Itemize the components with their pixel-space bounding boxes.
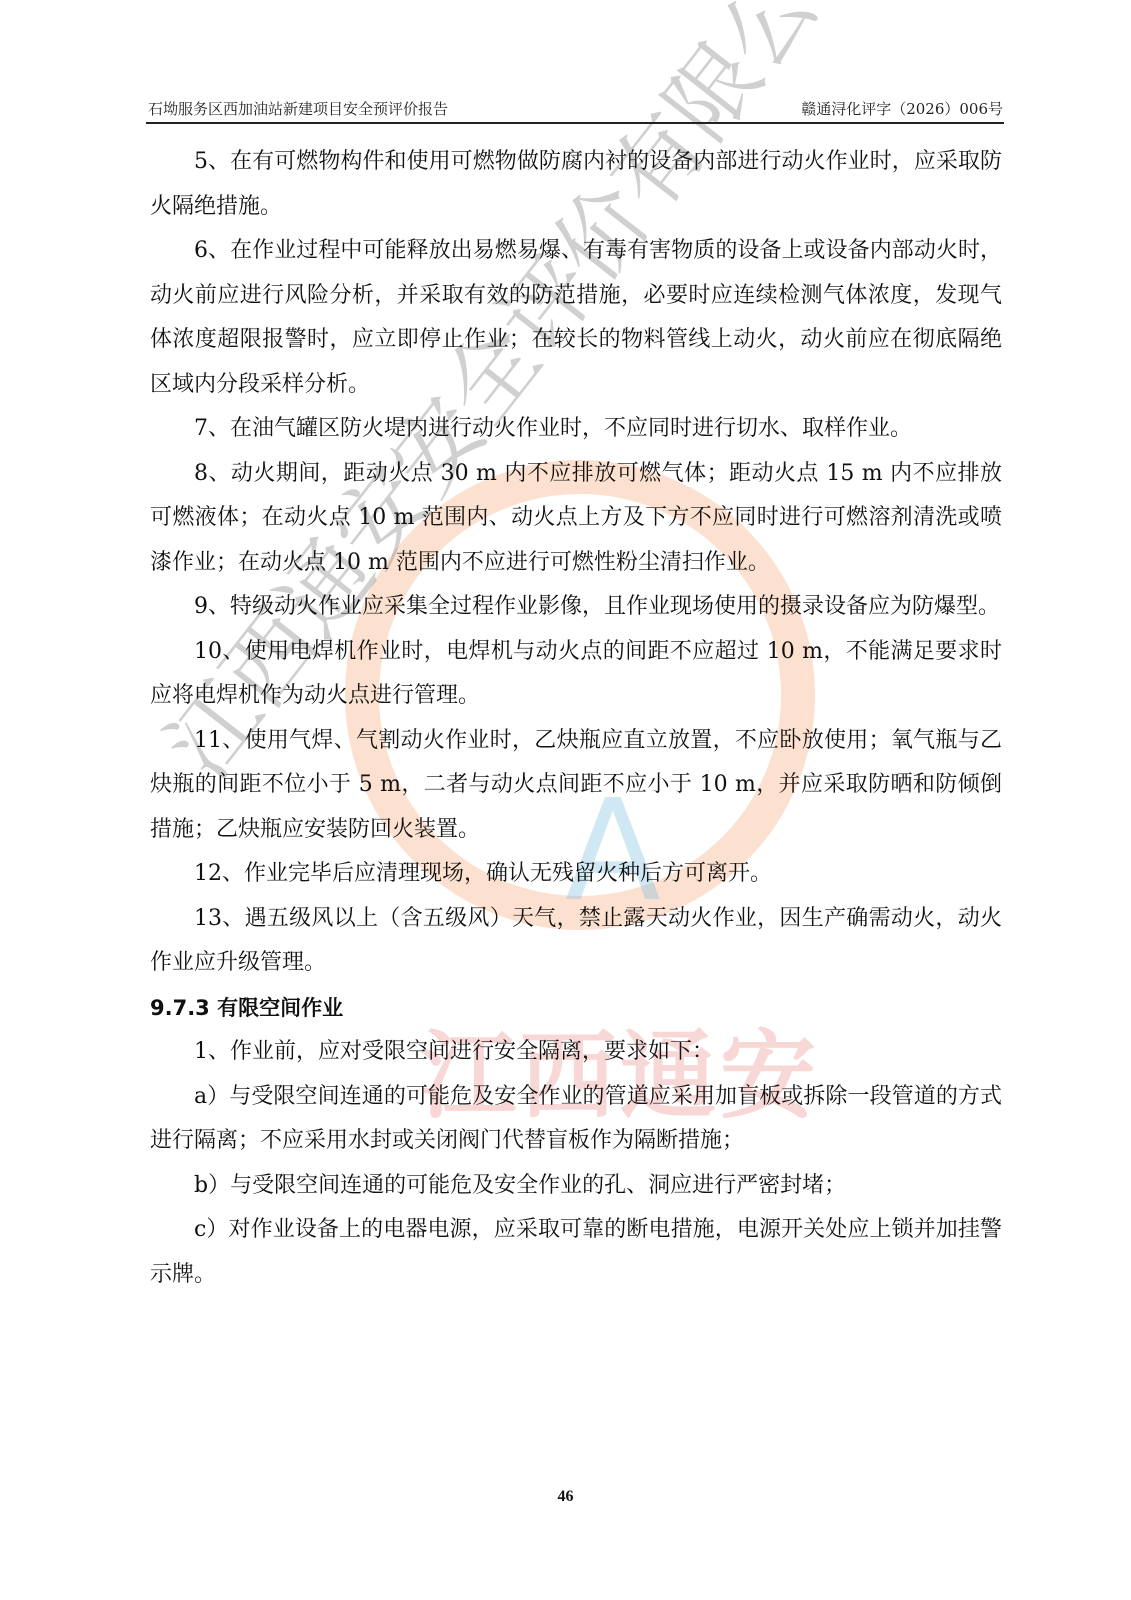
paragraph-item-10: 10、使用电焊机作业时，电焊机与动火点的间距不应超过 10 m，不能满足要求时应… xyxy=(150,630,1002,719)
paragraph-item-12: 12、作业完毕后应清理现场，确认无残留火种后方可离开。 xyxy=(150,852,1002,897)
paragraph-item-13: 13、遇五级风以上（含五级风）天气，禁止露天动火作业，因生产确需动火，动火作业应… xyxy=(150,897,1002,986)
paragraph-item-c: c）对作业设备上的电器电源，应采取可靠的断电措施，电源开关处应上锁并加挂警示牌。 xyxy=(150,1208,1002,1297)
document-number: 赣通浔化评字（2026）006号 xyxy=(801,98,1003,119)
paragraph-item-b: b）与受限空间连通的可能危及安全作业的孔、洞应进行严密封堵； xyxy=(150,1164,1002,1209)
document-body: 5、在有可燃物构件和使用可燃物做防腐内衬的设备内部进行动火作业时，应采取防火隔绝… xyxy=(150,140,1002,1297)
paragraph-item-a: a）与受限空间连通的可能危及安全作业的管道应采用加盲板或拆除一段管道的方式进行隔… xyxy=(150,1075,1002,1164)
paragraph-item-11: 11、使用气焊、气割动火作业时，乙炔瓶应直立放置，不应卧放使用；氧气瓶与乙炔瓶的… xyxy=(150,719,1002,853)
paragraph-item-7: 7、在油气罐区防火堤内进行动火作业时，不应同时进行切水、取样作业。 xyxy=(150,407,1002,452)
paragraph-item-6: 6、在作业过程中可能释放出易燃易爆、有毒有害物质的设备上或设备内部动火时，动火前… xyxy=(150,229,1002,407)
paragraph-item-8: 8、动火期间，距动火点 30 m 内不应排放可燃气体；距动火点 15 m 内不应… xyxy=(150,452,1002,586)
paragraph-item-5: 5、在有可燃物构件和使用可燃物做防腐内衬的设备内部进行动火作业时，应采取防火隔绝… xyxy=(150,140,1002,229)
header-divider xyxy=(146,122,1004,124)
page-header: 石坳服务区西加油站新建项目安全预评价报告 赣通浔化评字（2026）006号 xyxy=(148,96,1003,122)
report-title: 石坳服务区西加油站新建项目安全预评价报告 xyxy=(148,98,448,119)
page-number: 46 xyxy=(0,1488,1131,1506)
section-heading: 9.7.3 有限空间作业 xyxy=(150,986,1002,1031)
paragraph-item-9: 9、特级动火作业应采集全过程作业影像，且作业现场使用的摄录设备应为防爆型。 xyxy=(150,585,1002,630)
paragraph-item-1: 1、作业前，应对受限空间进行安全隔离，要求如下： xyxy=(150,1030,1002,1075)
